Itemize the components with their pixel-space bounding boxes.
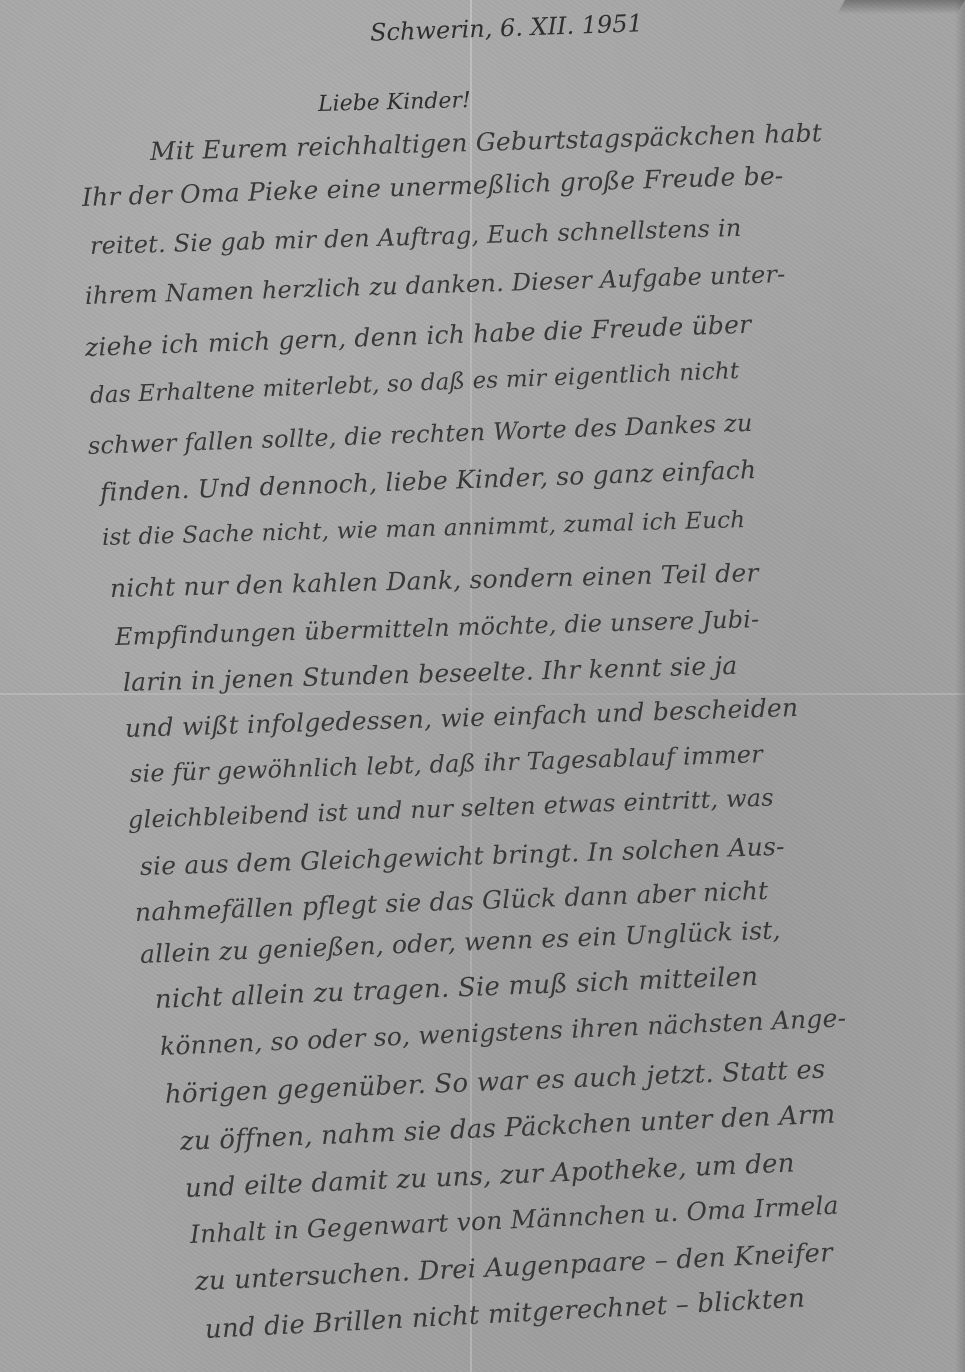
paper-corner-shadow: [837, 0, 965, 14]
paper-edge-shadow: [955, 0, 965, 1372]
letter-line: und wißt infolgedessen, wie einfach und …: [125, 693, 799, 743]
letter-line: reitet. Sie gab mir den Auftrag, Euch sc…: [90, 214, 742, 260]
letter-line: sie aus dem Gleichgewicht bringt. In sol…: [140, 832, 786, 881]
letter-line: nicht allein zu tragen. Sie muß sich mit…: [154, 962, 758, 1015]
letter-line: schwer fallen sollte, die rechten Worte …: [88, 409, 753, 460]
letter-line: Empfindungen übermitteln möchte, die uns…: [115, 605, 760, 651]
letter-line: larin in jenen Stunden beseelte. Ihr ken…: [123, 651, 738, 697]
letter-line: sie für gewöhnlich lebt, daß ihr Tagesab…: [130, 740, 764, 788]
letter-line: Mit Eurem reichhaltigen Geburtstagspäckc…: [150, 118, 823, 166]
letter-line: finden. Und dennoch, liebe Kinder, so ga…: [99, 455, 756, 507]
letter-line: ziehe ich mich gern, denn ich habe die F…: [84, 310, 751, 362]
letter-line: das Erhaltene miterlebt, so daß es mir e…: [90, 358, 740, 409]
letter-page: Schwerin, 6. XII. 1951 Liebe Kinder! Mit…: [0, 0, 965, 1372]
letter-line: und die Brillen nicht mitgerechnet – bli…: [204, 1284, 806, 1345]
dateline: Schwerin, 6. XII. 1951: [370, 9, 644, 47]
letter-line: gleichbleibend ist und nur selten etwas …: [128, 783, 775, 834]
letter-line: hörigen gegenüber. So war es auch jetzt.…: [164, 1055, 826, 1110]
letter-line: zu öffnen, nahm sie das Päckchen unter d…: [179, 1100, 836, 1157]
salutation: Liebe Kinder!: [318, 88, 471, 117]
letter-line: ihrem Namen herzlich zu danken. Dieser A…: [85, 260, 786, 310]
letter-line: nicht nur den kahlen Dank, sondern einen…: [110, 558, 759, 603]
letter-line: ist die Sache nicht, wie man annimmt, zu…: [102, 507, 746, 551]
letter-line: Ihr der Oma Pieke eine unermeßlich große…: [82, 161, 784, 212]
letter-line: können, so oder so, wenigstens ihren näc…: [159, 1003, 846, 1061]
